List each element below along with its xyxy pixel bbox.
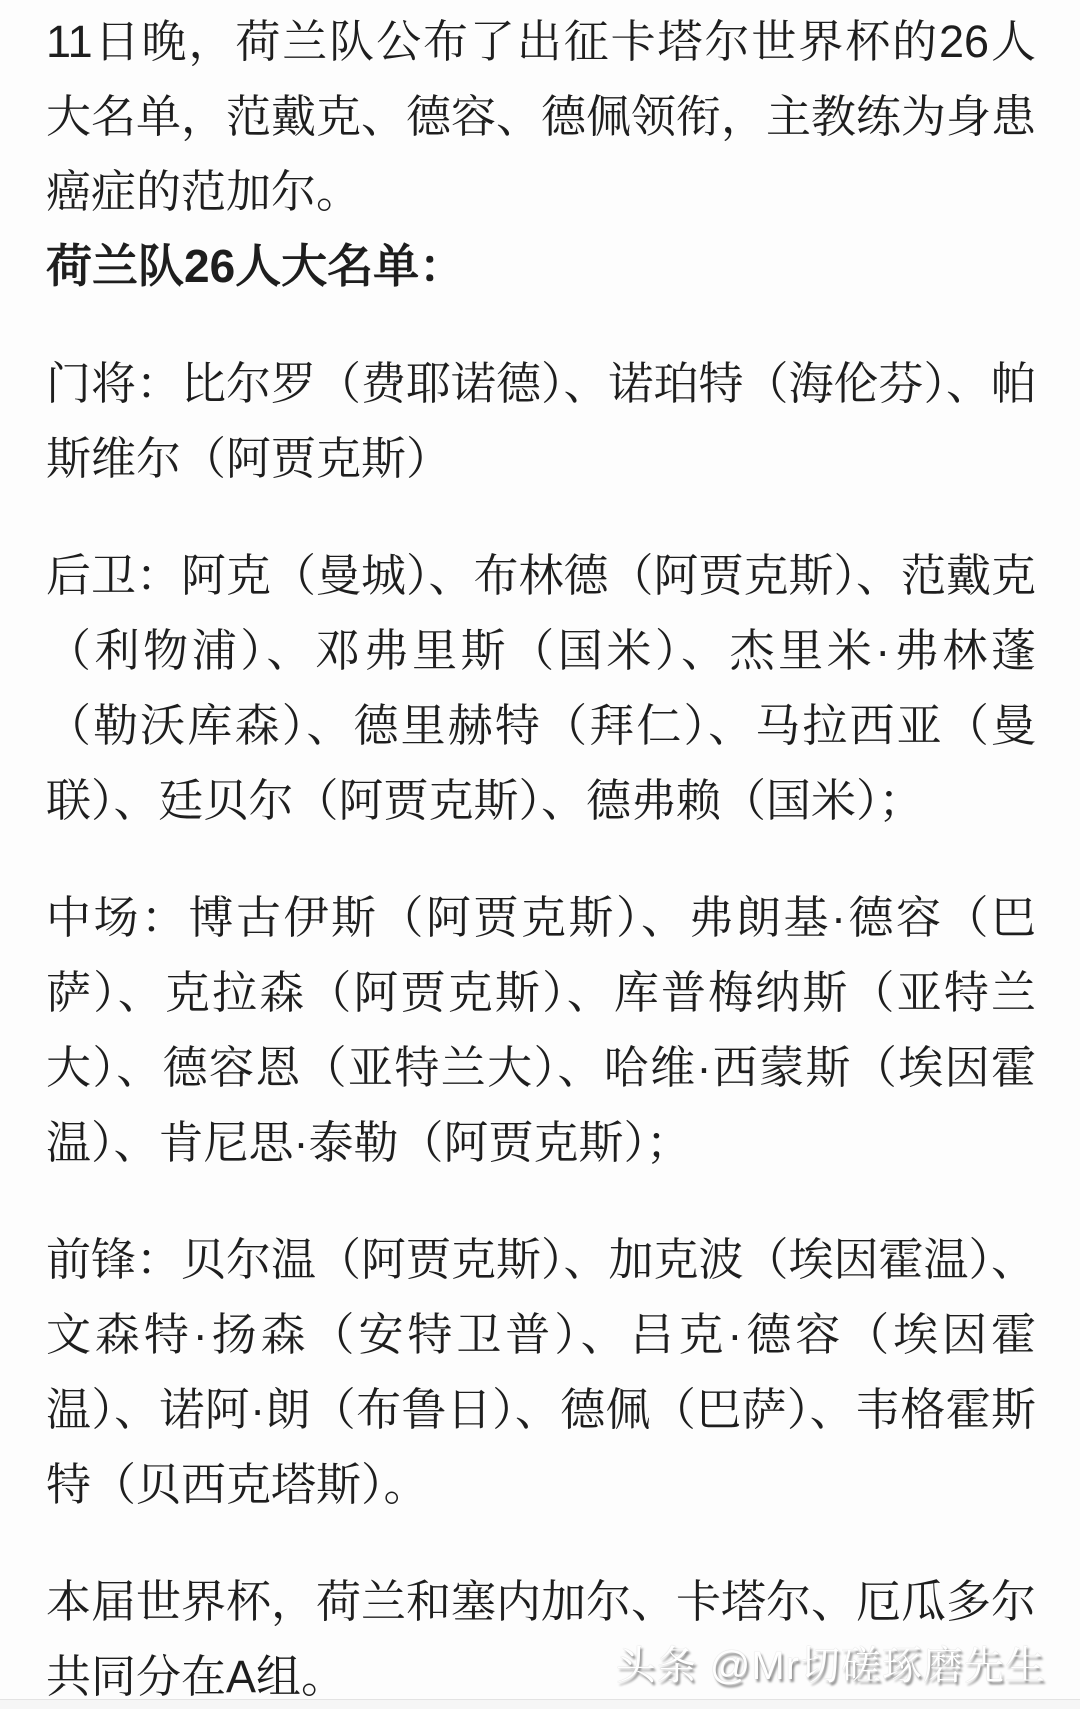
article-page: 11日晚，荷兰队公布了出征卡塔尔世界杯的26人大名单，范戴克、德容、德佩领衔，主… xyxy=(0,0,1080,1709)
bottom-divider xyxy=(0,1699,1080,1709)
goalkeepers-paragraph: 门将：比尔罗（费耶诺德）、诺珀特（海伦芬）、帕斯维尔（阿贾克斯） xyxy=(46,346,1036,496)
defenders-paragraph: 后卫：阿克（曼城）、布林德（阿贾克斯）、范戴克（利物浦）、邓弗里斯（国米）、杰里… xyxy=(46,538,1036,838)
squad-list-heading: 荷兰队26人大名单： xyxy=(46,229,1036,304)
watermark: 头条 @Mr切磋琢磨先生 xyxy=(616,1634,1046,1691)
forwards-paragraph: 前锋：贝尔温（阿贾克斯）、加克波（埃因霍温）、文森特·扬森（安特卫普）、吕克·德… xyxy=(46,1222,1036,1522)
article-content: 11日晚，荷兰队公布了出征卡塔尔世界杯的26人大名单，范戴克、德容、德佩领衔，主… xyxy=(0,0,1080,1709)
midfielders-paragraph: 中场：博古伊斯（阿贾克斯）、弗朗基·德容（巴萨）、克拉森（阿贾克斯）、库普梅纳斯… xyxy=(46,880,1036,1180)
intro-paragraph: 11日晚，荷兰队公布了出征卡塔尔世界杯的26人大名单，范戴克、德容、德佩领衔，主… xyxy=(46,4,1036,229)
